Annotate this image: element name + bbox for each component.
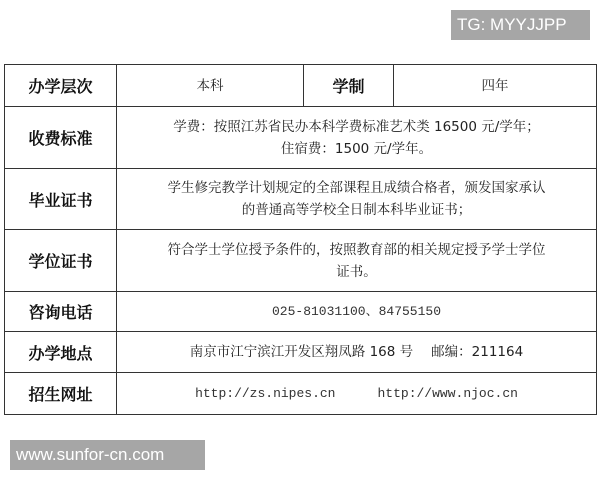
value-website: http://zs.nipes.cnhttp://www.njoc.cn xyxy=(117,373,597,415)
label-fees: 收费标准 xyxy=(5,107,117,169)
label-graduation-certificate: 毕业证书 xyxy=(5,169,117,230)
graduation-line-2: 的普通高等学校全日制本科毕业证书； xyxy=(121,199,592,221)
value-degree-certificate: 符合学士学位授予条件的，按照教育部的相关规定授予学士学位 证书。 xyxy=(117,230,597,292)
phone-numbers: 025-81031100、84755150 xyxy=(272,304,441,319)
admission-info-table: 办学层次 本科 学制 四年 收费标准 学费：按照江苏省民办本科学费标准艺术类 1… xyxy=(4,64,597,415)
label-degree-certificate: 学位证书 xyxy=(5,230,117,292)
label-phone: 咨询电话 xyxy=(5,292,117,332)
value-education-level: 本科 xyxy=(117,65,304,107)
label-website: 招生网址 xyxy=(5,373,117,415)
address-text: 南京市江宁滨江开发区翔凤路 168 号 xyxy=(190,344,413,360)
value-duration: 四年 xyxy=(394,65,597,107)
row-website: 招生网址 http://zs.nipes.cnhttp://www.njoc.c… xyxy=(5,373,597,415)
watermark-tg: TG: MYYJJPP xyxy=(451,10,590,40)
row-graduation-certificate: 毕业证书 学生修完教学计划规定的全部课程且成绩合格者，颁发国家承认 的普通高等学… xyxy=(5,169,597,230)
fee-accommodation: 住宿费：1500 元/学年。 xyxy=(121,138,592,160)
row-education-level: 办学层次 本科 学制 四年 xyxy=(5,65,597,107)
label-education-level: 办学层次 xyxy=(5,65,117,107)
row-fees: 收费标准 学费：按照江苏省民办本科学费标准艺术类 16500 元/学年； 住宿费… xyxy=(5,107,597,169)
value-graduation-certificate: 学生修完教学计划规定的全部课程且成绩合格者，颁发国家承认 的普通高等学校全日制本… xyxy=(117,169,597,230)
fee-tuition: 学费：按照江苏省民办本科学费标准艺术类 16500 元/学年； xyxy=(121,116,592,138)
value-fees: 学费：按照江苏省民办本科学费标准艺术类 16500 元/学年； 住宿费：1500… xyxy=(117,107,597,169)
graduation-line-1: 学生修完教学计划规定的全部课程且成绩合格者，颁发国家承认 xyxy=(121,177,592,199)
row-phone: 咨询电话 025-81031100、84755150 xyxy=(5,292,597,332)
value-address: 南京市江宁滨江开发区翔凤路 168 号邮编：211164 xyxy=(117,332,597,373)
value-phone: 025-81031100、84755150 xyxy=(117,292,597,332)
row-degree-certificate: 学位证书 符合学士学位授予条件的，按照教育部的相关规定授予学士学位 证书。 xyxy=(5,230,597,292)
watermark-site: www.sunfor-cn.com xyxy=(10,440,205,470)
url-njoc[interactable]: http://www.njoc.cn xyxy=(378,386,518,401)
label-address: 办学地点 xyxy=(5,332,117,373)
degree-line-2: 证书。 xyxy=(121,261,592,283)
label-duration: 学制 xyxy=(304,65,394,107)
degree-line-1: 符合学士学位授予条件的，按照教育部的相关规定授予学士学位 xyxy=(121,239,592,261)
row-address: 办学地点 南京市江宁滨江开发区翔凤路 168 号邮编：211164 xyxy=(5,332,597,373)
postcode-text: 邮编：211164 xyxy=(431,344,523,360)
url-admissions[interactable]: http://zs.nipes.cn xyxy=(195,386,335,401)
